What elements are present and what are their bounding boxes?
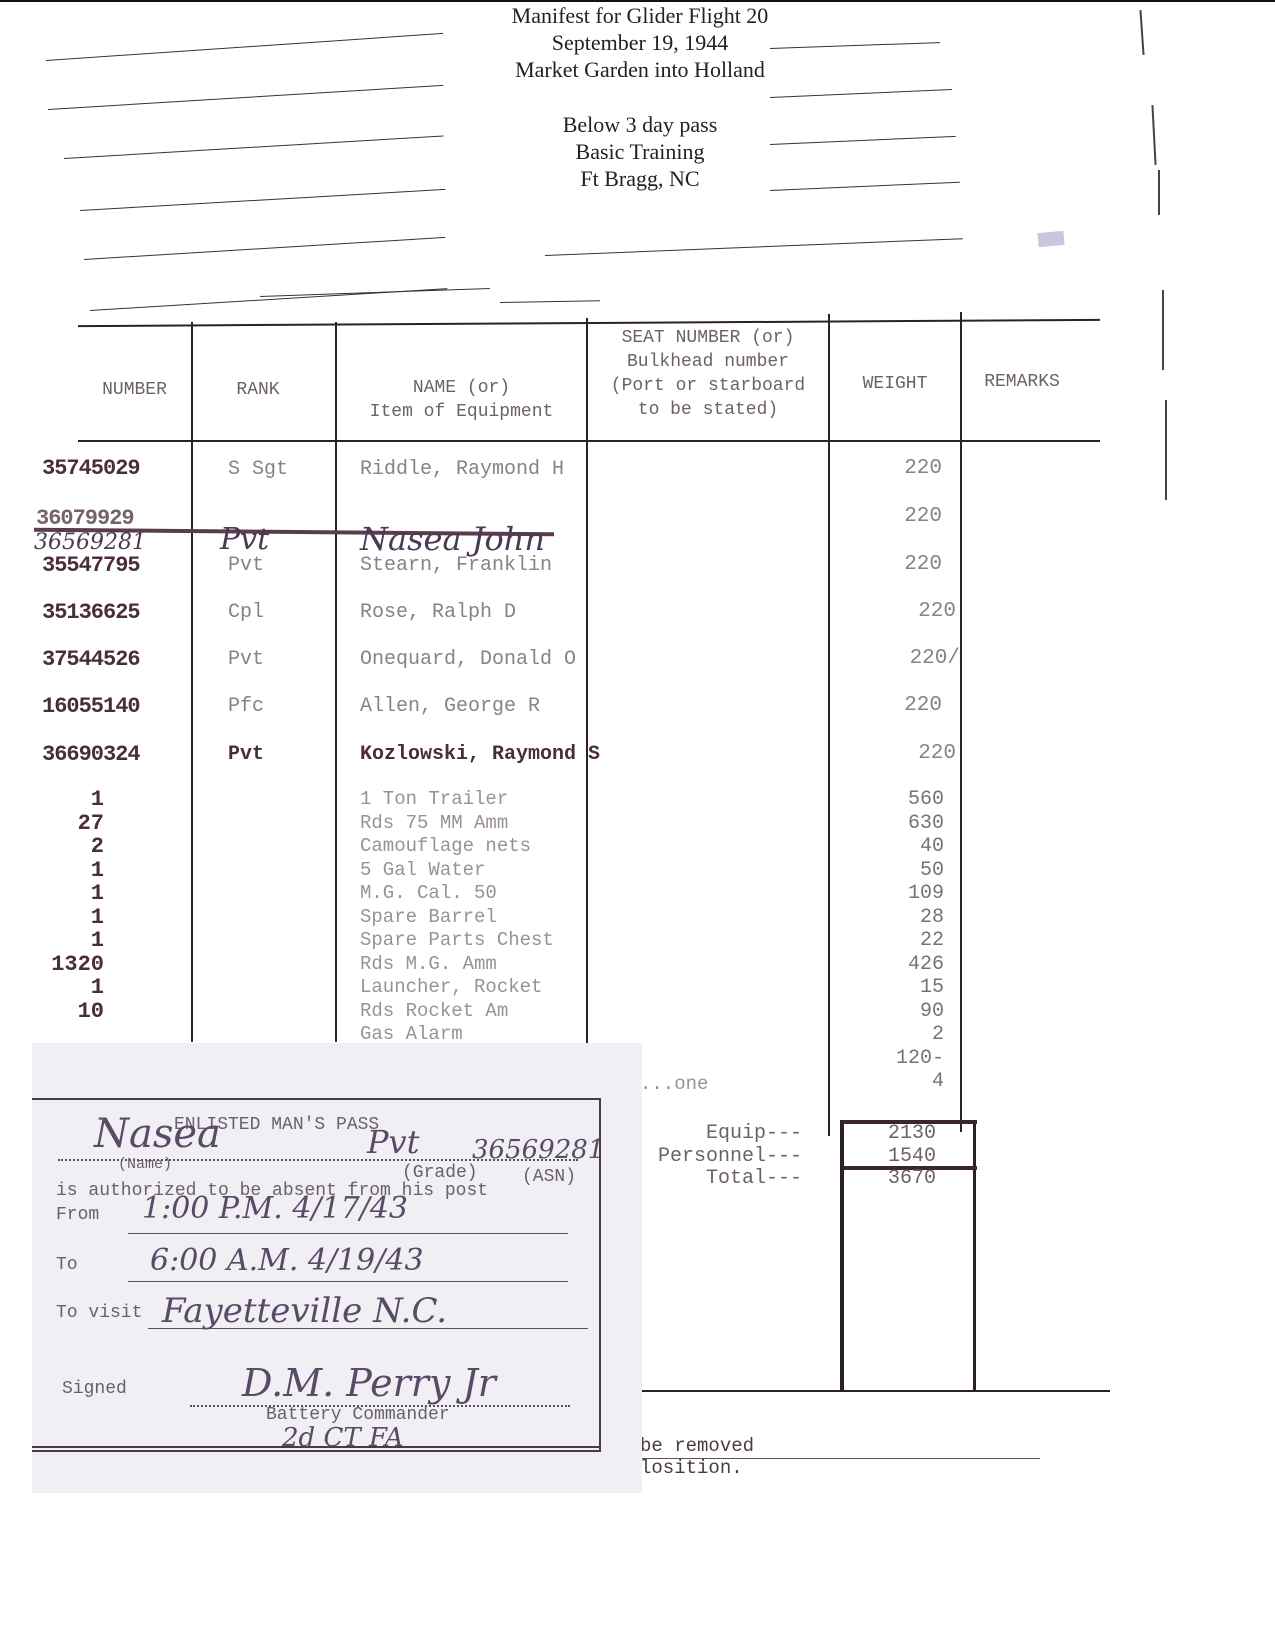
enlisted-mans-pass: ENLISTED MAN'S PASS Nasea Pvt 36569281 (… bbox=[32, 1043, 642, 1493]
total-personnel-value: 1540 bbox=[856, 1145, 936, 1168]
equipment-quantities: 1 27 2 1 1 1 1 1320 1 10 bbox=[34, 788, 104, 1023]
title-line-2: September 19, 1944 bbox=[440, 29, 840, 56]
pass-asn-label: (ASN) bbox=[522, 1167, 576, 1187]
title-line-3: Market Garden into Holland bbox=[440, 56, 840, 83]
note-line-1: Below 3 day pass bbox=[440, 111, 840, 138]
pass-name-label: (Name) bbox=[118, 1156, 172, 1173]
pass-signed-label: Signed bbox=[62, 1379, 127, 1399]
col-header-number: NUMBER bbox=[78, 378, 191, 402]
pass-visit-value: Fayetteville N.C. bbox=[162, 1291, 447, 1331]
footer-note: be removed losition. bbox=[640, 1435, 754, 1479]
col-header-remarks: REMARKS bbox=[962, 370, 1082, 394]
grand-total-value: 3670 bbox=[856, 1167, 936, 1190]
grand-total-label: Total--- bbox=[632, 1167, 802, 1190]
equipment-weights: 560 630 40 50 109 28 22 426 15 90 2 120-… bbox=[864, 788, 944, 1094]
pass-from-label: From bbox=[56, 1205, 99, 1225]
pass-name-handwritten: Nasea bbox=[94, 1111, 221, 1157]
note-line-2: Basic Training bbox=[440, 138, 840, 165]
total-personnel-label: Personnel--- bbox=[632, 1145, 802, 1168]
equipment-items: 1 Ton Trailer Rds 75 MM Amm Camouflage n… bbox=[360, 788, 554, 1047]
pass-from-value: 1:00 P.M. 4/17/43 bbox=[142, 1191, 408, 1226]
pass-visit-label: To visit bbox=[56, 1303, 142, 1323]
col-header-weight: WEIGHT bbox=[830, 372, 960, 396]
col-header-seat: SEAT NUMBER (or) Bulkhead number (Port o… bbox=[588, 326, 828, 422]
pass-commander-label: Battery Commander bbox=[266, 1405, 450, 1425]
pass-to-value: 6:00 A.M. 4/19/43 bbox=[150, 1243, 424, 1278]
pass-signature: D.M. Perry Jr bbox=[242, 1361, 496, 1405]
total-equipment-label: Equip--- bbox=[632, 1122, 802, 1145]
pass-grade-handwritten: Pvt bbox=[367, 1123, 419, 1161]
title-line-1: Manifest for Glider Flight 20 bbox=[440, 2, 840, 29]
pass-to-label: To bbox=[56, 1255, 78, 1275]
pass-grade-label: (Grade) bbox=[402, 1163, 478, 1183]
col-header-name: NAME (or) Item of Equipment bbox=[337, 376, 586, 424]
pass-unit-handwritten: 2d CT FA bbox=[282, 1423, 404, 1453]
scan-smudge bbox=[1037, 231, 1064, 247]
total-equipment-value: 2130 bbox=[856, 1122, 936, 1145]
col-header-rank: RANK bbox=[193, 378, 323, 402]
note-line-3: Ft Bragg, NC bbox=[440, 165, 840, 192]
